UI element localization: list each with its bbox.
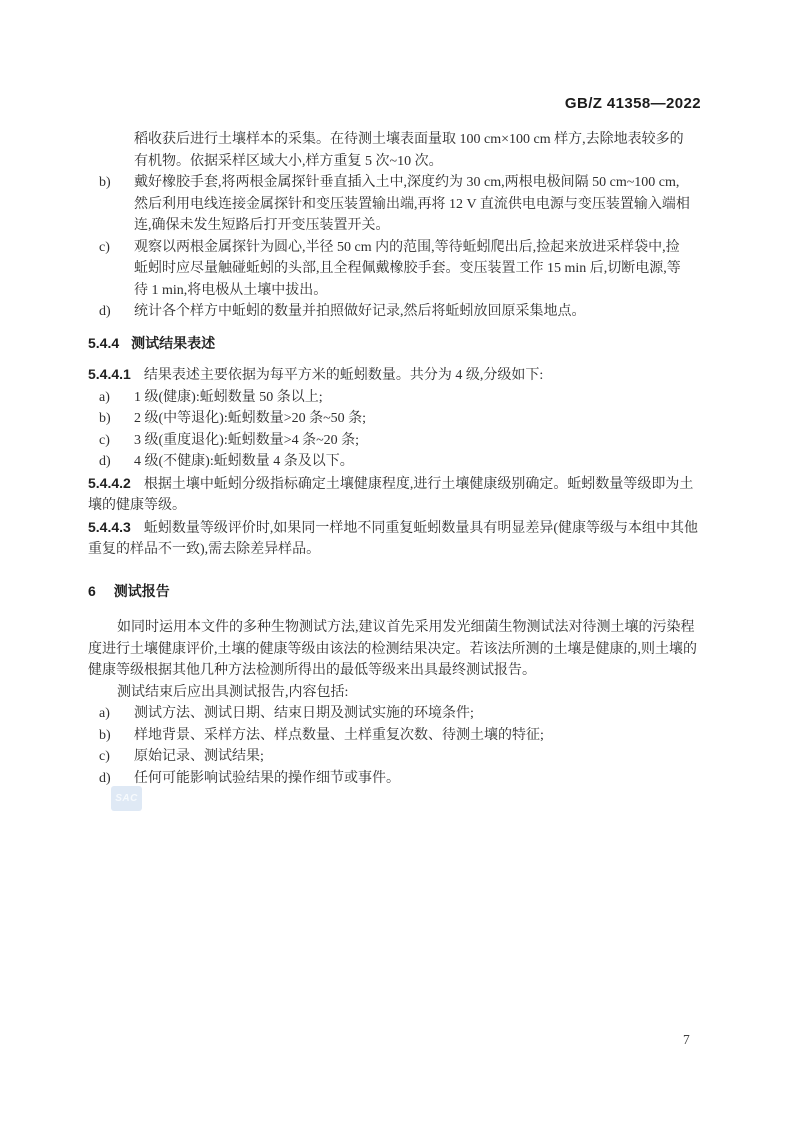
list-item: a)1 级(健康):蚯蚓数量 50 条以上; <box>88 387 714 409</box>
list-item-label: a) <box>99 387 110 409</box>
page-number: 7 <box>683 1032 690 1048</box>
text-line: 稻收获后进行土壤样本的采集。在待测土壤表面量取 100 cm×100 cm 样方… <box>134 129 714 151</box>
clause-text: 结果表述主要依据为每平方米的蚯蚓数量。共分为 4 级,分级如下: <box>144 368 543 383</box>
text-line: 任何可能影响试验结果的操作细节或事件。 <box>134 768 714 790</box>
list-item-label: d) <box>99 301 111 323</box>
text-line: 4 级(不健康):蚯蚓数量 4 条及以下。 <box>134 451 714 473</box>
list-item-label: b) <box>99 172 111 194</box>
document-body: 稻收获后进行土壤样本的采集。在待测土壤表面量取 100 cm×100 cm 样方… <box>88 129 714 789</box>
clause-number: 5.4.4.2 <box>88 475 131 491</box>
clause-text: 根据土壤中蚯蚓分级指标确定土壤健康程度,进行土壤健康级别确定。蚯蚓数量等级即为土 <box>144 477 694 492</box>
text-line: 样地背景、采样方法、样点数量、土样重复次数、待测土壤的特征; <box>134 725 714 747</box>
clause-number: 6 <box>88 583 96 599</box>
text-line: 原始记录、测试结果; <box>134 746 714 768</box>
list-item-label: c) <box>99 237 110 259</box>
clause: 5.4.4.3蚯蚓数量等级评价时,如果同一样地不同重复蚯蚓数量具有明显差异(健康… <box>88 517 714 561</box>
list-item: b)样地背景、采样方法、样点数量、土样重复次数、待测土壤的特征; <box>88 725 714 747</box>
list-item: c)原始记录、测试结果; <box>88 746 714 768</box>
standard-number-header: GB/Z 41358—2022 <box>565 95 701 112</box>
para: 测试结束后应出具测试报告,内容包括: <box>88 682 714 704</box>
list-item-label: d) <box>99 451 111 473</box>
text-line: 5.4.4.2根据土壤中蚯蚓分级指标确定土壤健康程度,进行土壤健康级别确定。蚯蚓… <box>88 473 714 496</box>
list-item-label: d) <box>99 768 111 790</box>
document-page: GB/Z 41358—2022 稻收获后进行土壤样本的采集。在待测土壤表面量取 … <box>0 0 794 1123</box>
list-item-label: c) <box>99 746 110 768</box>
text-line: 度进行土壤健康评价,土壤的健康等级由该法的检测结果决定。若该法所测的土壤是健康的… <box>88 639 714 661</box>
text-line: 戴好橡胶手套,将两根金属探针垂直插入土中,深度约为 30 cm,两根电极间隔 5… <box>134 172 714 194</box>
list-item-label: a) <box>99 703 110 725</box>
clause-number: 5.4.4.1 <box>88 366 131 382</box>
text-line: 连,确保未发生短路后打开变压装置开关。 <box>134 215 714 237</box>
text-line: 然后利用电线连接金属探针和变压装置输出端,再将 12 V 直流供电电源与变压装置… <box>134 194 714 216</box>
text-line: 5.4.4.1结果表述主要依据为每平方米的蚯蚓数量。共分为 4 级,分级如下: <box>88 364 714 387</box>
text-line: 壤的健康等级。 <box>88 495 714 517</box>
text-line: 3 级(重度退化):蚯蚓数量>4 条~20 条; <box>134 430 714 452</box>
sac-watermark-logo: SAC <box>111 786 142 811</box>
text-line: 测试结束后应出具测试报告,内容包括: <box>88 682 714 704</box>
text-line: 重复的样品不一致),需去除差异样品。 <box>88 539 714 561</box>
list-item-label: c) <box>99 430 110 452</box>
cont: 稻收获后进行土壤样本的采集。在待测土壤表面量取 100 cm×100 cm 样方… <box>88 129 714 172</box>
text-line: 观察以两根金属探针为圆心,半径 50 cm 内的范围,等待蚯蚓爬出后,捡起来放进… <box>134 237 714 259</box>
para: 如同时运用本文件的多种生物测试方法,建议首先采用发光细菌生物测试法对待测土壤的污… <box>88 617 714 682</box>
text-line: 健康等级根据其他几种方法检测所得出的最低等级来出具最终测试报告。 <box>88 660 714 682</box>
text-line: 5.4.4测试结果表述 <box>88 333 714 355</box>
text-line: 有机物。依据采样区域大小,样方重复 5 次~10 次。 <box>134 151 714 173</box>
text-line: 6测试报告 <box>88 581 714 603</box>
clause-number: 5.4.4.3 <box>88 519 131 535</box>
list-item: d)统计各个样方中蚯蚓的数量并拍照做好记录,然后将蚯蚓放回原采集地点。 <box>88 301 714 323</box>
text-line: 测试方法、测试日期、结束日期及测试实施的环境条件; <box>134 703 714 725</box>
list-item: b)戴好橡胶手套,将两根金属探针垂直插入土中,深度约为 30 cm,两根电极间隔… <box>88 172 714 237</box>
list-item: c)3 级(重度退化):蚯蚓数量>4 条~20 条; <box>88 430 714 452</box>
text-line: 如同时运用本文件的多种生物测试方法,建议首先采用发光细菌生物测试法对待测土壤的污… <box>88 617 714 639</box>
sac-watermark-text: SAC <box>115 793 138 804</box>
clause: 5.4.4.1结果表述主要依据为每平方米的蚯蚓数量。共分为 4 级,分级如下: <box>88 364 714 387</box>
list-item: d)任何可能影响试验结果的操作细节或事件。 <box>88 768 714 790</box>
text-line: 待 1 min,将电极从土壤中拔出。 <box>134 280 714 302</box>
section-heading: 6测试报告 <box>88 581 714 603</box>
list-item-label: b) <box>99 725 111 747</box>
list-item: d)4 级(不健康):蚯蚓数量 4 条及以下。 <box>88 451 714 473</box>
list-item: b)2 级(中等退化):蚯蚓数量>20 条~50 条; <box>88 408 714 430</box>
text-line: 蚯蚓时应尽量触碰蚯蚓的头部,且全程佩戴橡胶手套。变压装置工作 15 min 后,… <box>134 258 714 280</box>
text-line: 1 级(健康):蚯蚓数量 50 条以上; <box>134 387 714 409</box>
list-item: c)观察以两根金属探针为圆心,半径 50 cm 内的范围,等待蚯蚓爬出后,捡起来… <box>88 237 714 302</box>
clause-text: 测试报告 <box>114 583 170 599</box>
clause-number: 5.4.4 <box>88 335 119 351</box>
subsection-heading: 5.4.4测试结果表述 <box>88 333 714 355</box>
clause: 5.4.4.2根据土壤中蚯蚓分级指标确定土壤健康程度,进行土壤健康级别确定。蚯蚓… <box>88 473 714 517</box>
text-line: 统计各个样方中蚯蚓的数量并拍照做好记录,然后将蚯蚓放回原采集地点。 <box>134 301 714 323</box>
list-item-label: b) <box>99 408 111 430</box>
clause-text: 测试结果表述 <box>131 335 215 351</box>
text-line: 5.4.4.3蚯蚓数量等级评价时,如果同一样地不同重复蚯蚓数量具有明显差异(健康… <box>88 517 714 540</box>
list-item: a)测试方法、测试日期、结束日期及测试实施的环境条件; <box>88 703 714 725</box>
text-line: 2 级(中等退化):蚯蚓数量>20 条~50 条; <box>134 408 714 430</box>
clause-text: 蚯蚓数量等级评价时,如果同一样地不同重复蚯蚓数量具有明显差异(健康等级与本组中其… <box>144 521 698 536</box>
